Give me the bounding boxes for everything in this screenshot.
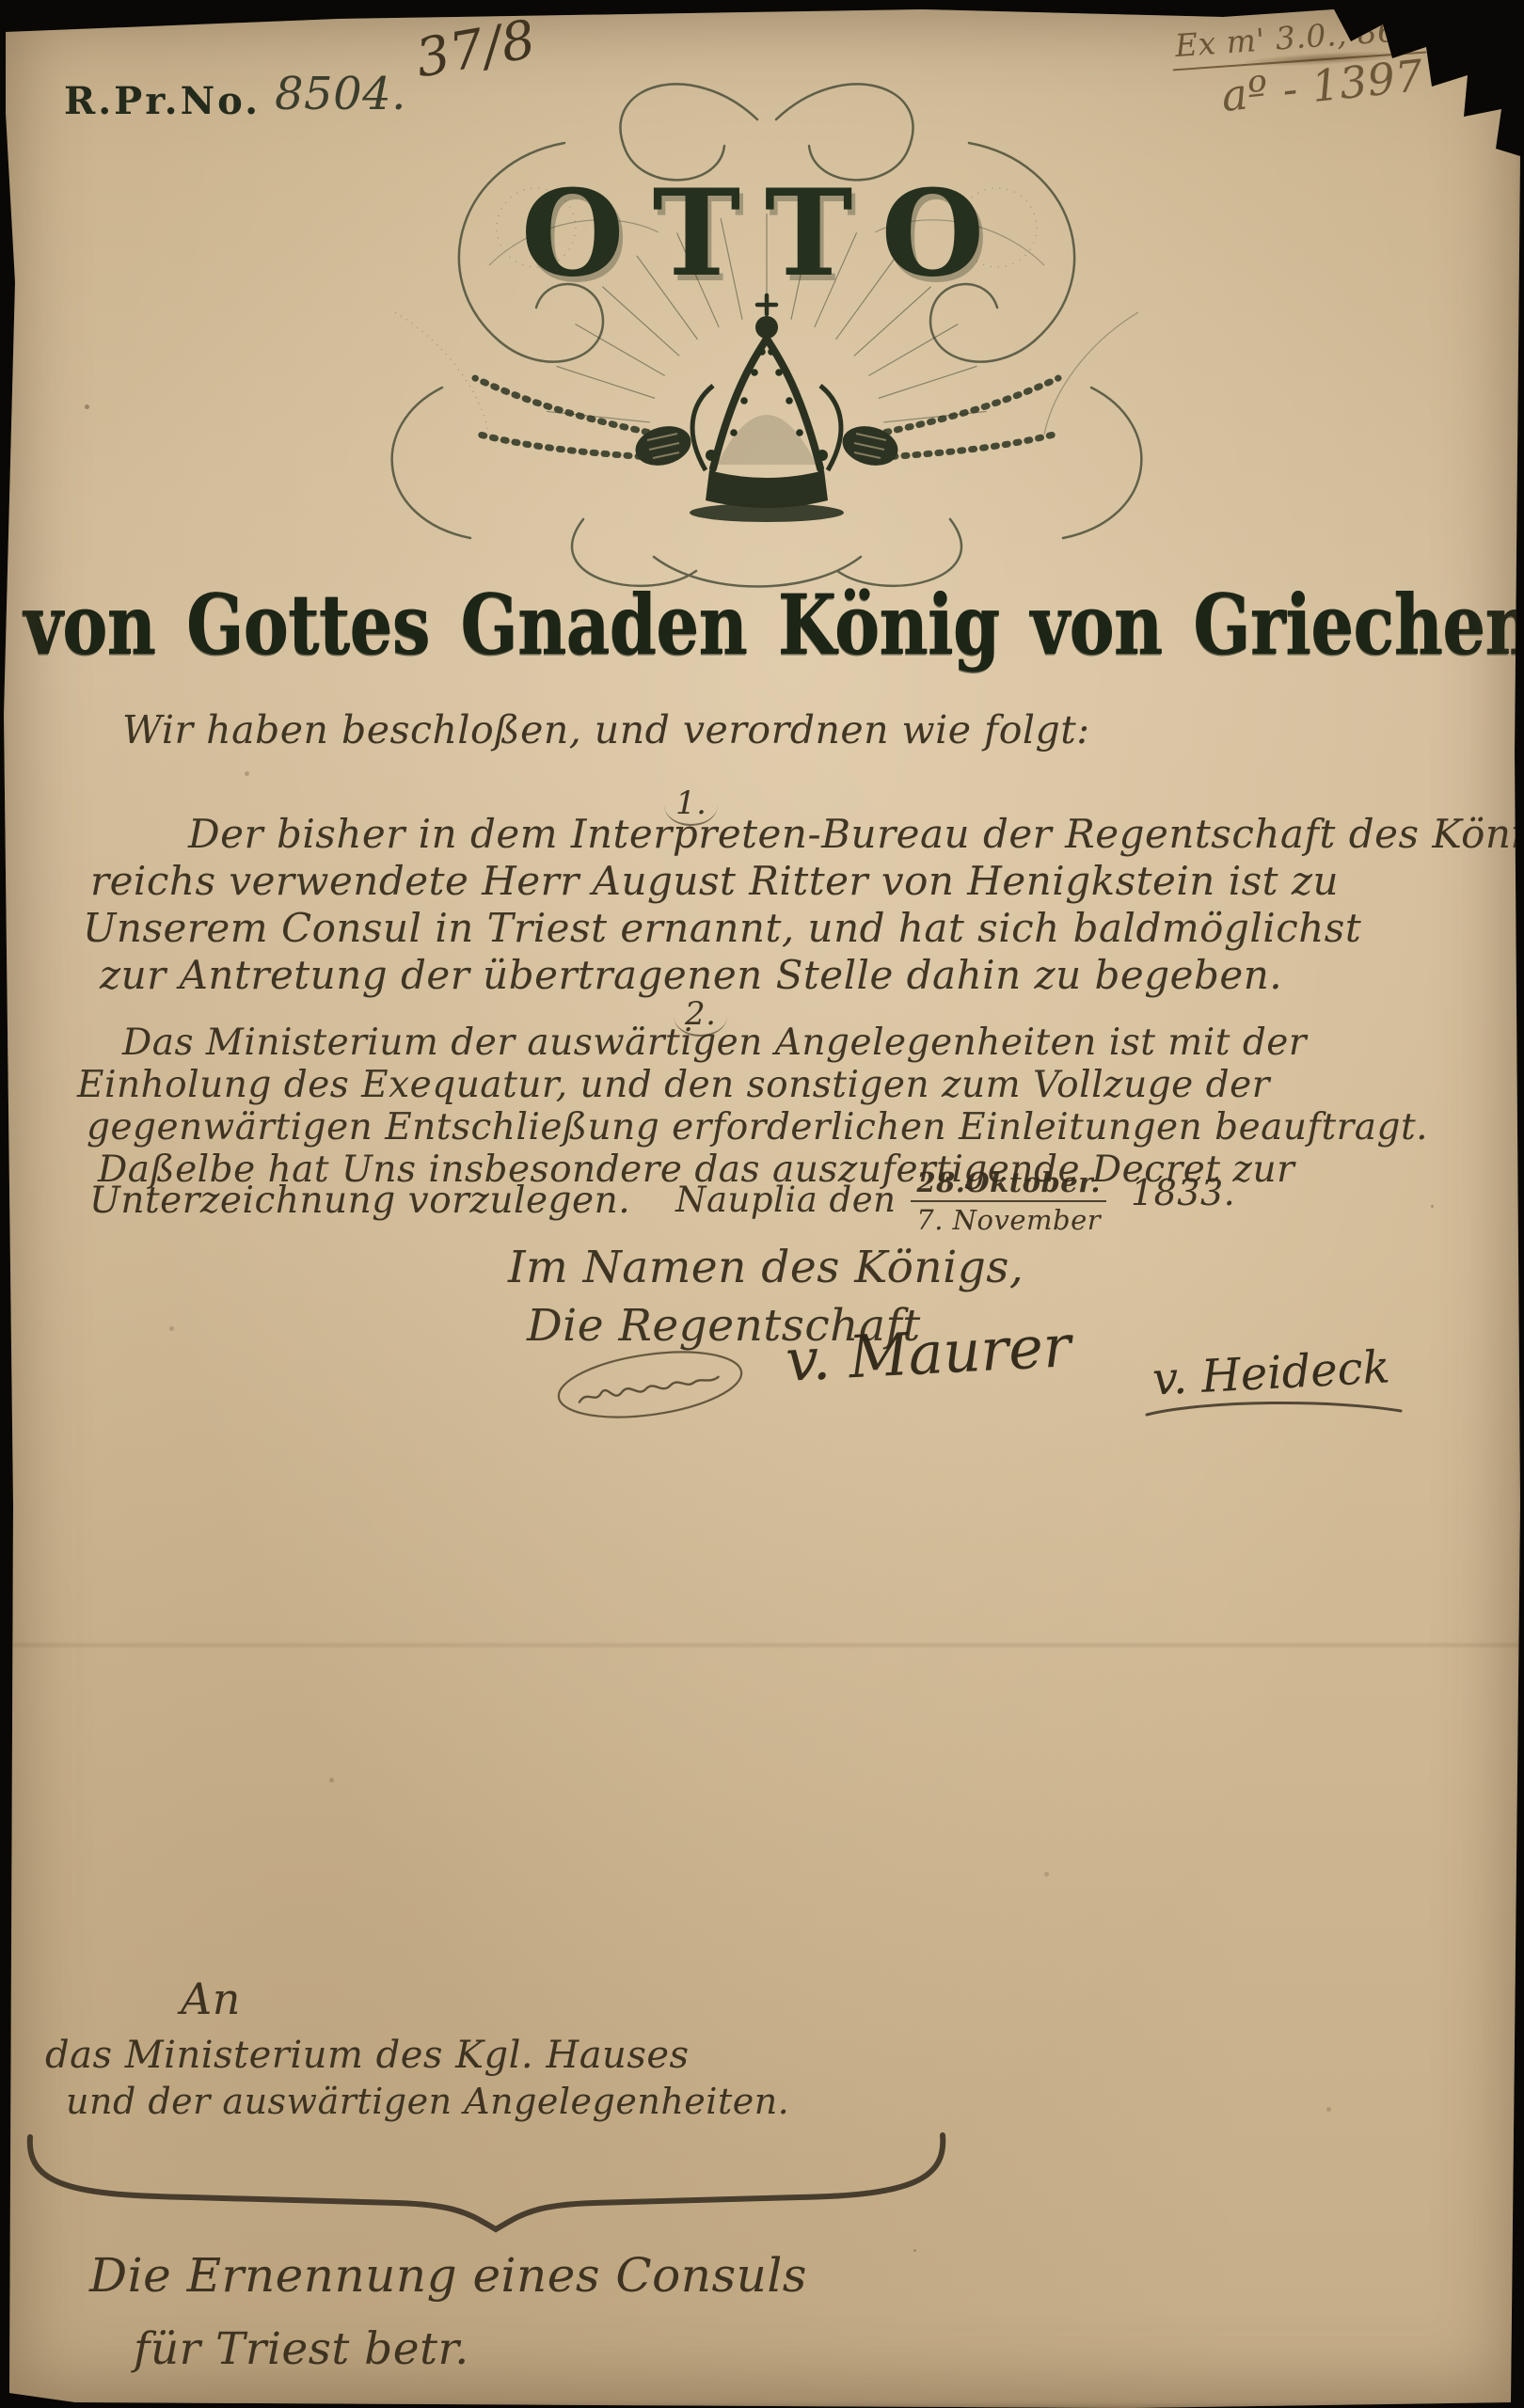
- paper-sheet: R.Pr.No. 8504. 37/8 Ex m' 3.0., 860 aº -…: [0, 0, 1524, 2408]
- dateline-place: Nauplia den: [675, 1180, 896, 1220]
- crown-icon: [690, 295, 844, 522]
- signature-maurer: v. Maurer: [784, 1311, 1072, 1395]
- article1-line: zur Antretung der übertragenen Stelle da…: [100, 952, 1524, 999]
- address-brace: [21, 2124, 961, 2237]
- closing-formula: Im Namen des Königs,: [508, 1242, 1024, 1293]
- signature-underline-flourish: [1143, 1398, 1406, 1422]
- fist-right: [838, 420, 902, 471]
- signature-heideck: v. Heideck: [1151, 1340, 1391, 1405]
- dateline-row: Unterzeichnung vorzulegen. Nauplia den 2…: [89, 1180, 1235, 1236]
- wheat-sheaf-left: [475, 378, 663, 458]
- paper-crease: [0, 1641, 1524, 1649]
- article2-line: Einholung des Exequatur, und den sonstig…: [77, 1064, 1524, 1106]
- subject-line2: für Triest betr.: [134, 2323, 469, 2375]
- article2-line: Das Ministerium der auswärtigen Angelege…: [122, 1022, 1524, 1064]
- dateline-date-fraction: 28.Oktober. 7. November: [911, 1166, 1106, 1236]
- wheat-sheaf-right: [870, 378, 1058, 458]
- royal-title: von Gottes Gnaden König von Griechenland…: [24, 576, 1500, 673]
- letterhead-ornament: OTTO OTTO: [254, 30, 1279, 610]
- registry-label: R.Pr.No.: [64, 79, 261, 123]
- fist-left: [631, 420, 695, 471]
- scanned-decree-page: R.Pr.No. 8504. 37/8 Ex m' 3.0., 860 aº -…: [0, 0, 1524, 2408]
- dateline-year: 1833.: [1131, 1172, 1235, 1213]
- address-salutation: An: [181, 1973, 241, 2024]
- address-line1: das Ministerium des Kgl. Hauses: [45, 2034, 690, 2077]
- article2-line: gegenwärtigen Entschließung erforderlich…: [87, 1106, 1524, 1149]
- article1-line: Unserem Consul in Triest ernannt, und ha…: [83, 905, 1524, 952]
- article1-line: reichs verwendete Herr August Ritter von…: [90, 858, 1524, 905]
- article2-line: Unterzeichnung vorzulegen.: [89, 1180, 630, 1222]
- opening-line: Wir haben beschloßen, und verordnen wie …: [122, 707, 1090, 752]
- date-old-style: 28.Oktober.: [911, 1166, 1106, 1202]
- date-new-style: 7. November: [911, 1202, 1106, 1236]
- address-line2: und der auswärtigen Angelegenheiten.: [66, 2081, 789, 2122]
- article1-line: Der bisher in dem Interpreten-Bureau der…: [188, 811, 1524, 858]
- royal-name-text: OTTO: [521, 164, 1013, 303]
- subject-line1: Die Ernennung eines Consuls: [89, 2248, 807, 2303]
- article2-paragraph: Das Ministerium der auswärtigen Angelege…: [0, 1022, 1524, 1191]
- paper-specks: [85, 404, 89, 409]
- article1-paragraph: Der bisher in dem Interpreten-Bureau der…: [0, 811, 1524, 999]
